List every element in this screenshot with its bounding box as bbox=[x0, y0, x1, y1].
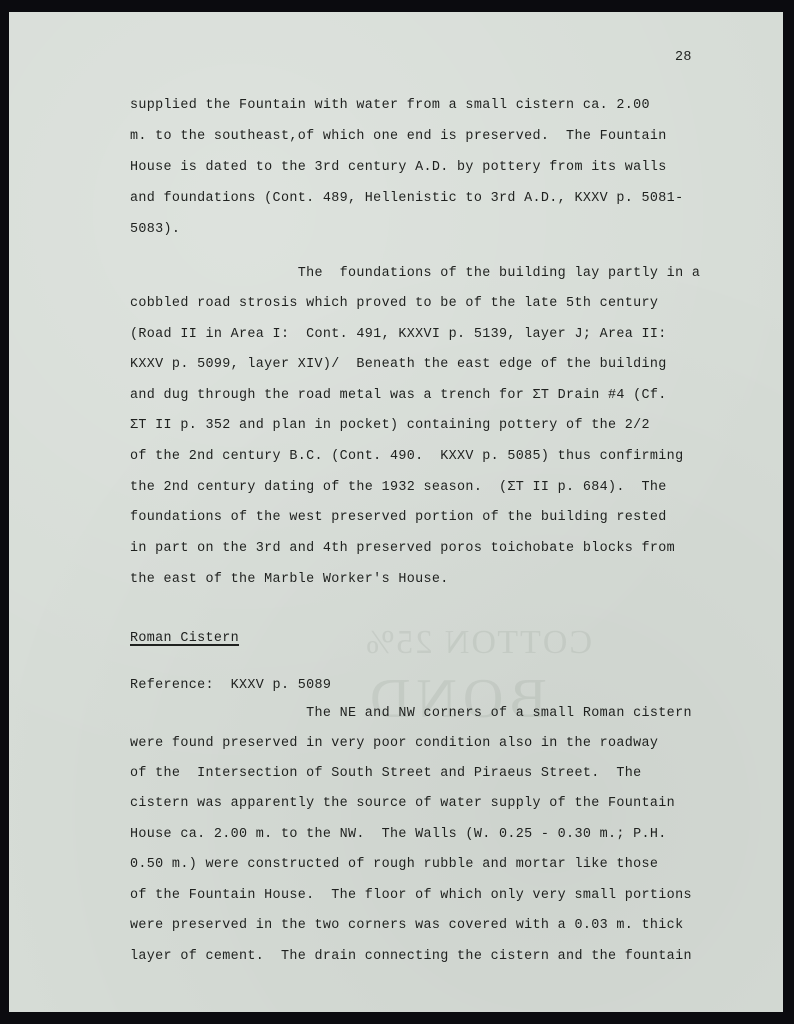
text-line: m. to the southeast,of which one end is … bbox=[130, 129, 667, 145]
text-line: House is dated to the 3rd century A.D. b… bbox=[130, 160, 667, 176]
text-line: of the Fountain House. The floor of whic… bbox=[130, 888, 692, 904]
text-line: The NE and NW corners of a small Roman c… bbox=[130, 706, 692, 722]
text-line: ΣT II p. 352 and plan in pocket) contain… bbox=[130, 418, 650, 434]
text-line: House ca. 2.00 m. to the NW. The Walls (… bbox=[130, 827, 667, 843]
text-line: 0.50 m.) were constructed of rough rubbl… bbox=[130, 857, 658, 873]
watermark-cotton: COTTON 25% bbox=[364, 624, 592, 662]
reference-line: Reference: KXXV p. 5089 bbox=[130, 678, 331, 694]
text-line: cistern was apparently the source of wat… bbox=[130, 796, 675, 812]
text-line: KXXV p. 5099, layer XIV)/ Beneath the ea… bbox=[130, 357, 667, 373]
text-line: in part on the 3rd and 4th preserved por… bbox=[130, 541, 675, 557]
text-line: the 2nd century dating of the 1932 seaso… bbox=[130, 480, 667, 496]
text-line: were found preserved in very poor condit… bbox=[130, 736, 658, 752]
text-line: of the 2nd century B.C. (Cont. 490. KXXV… bbox=[130, 449, 683, 465]
text-line: of the Intersection of South Street and … bbox=[130, 766, 642, 782]
text-line: layer of cement. The drain connecting th… bbox=[130, 949, 692, 965]
text-line: (Road II in Area I: Cont. 491, KXXVI p. … bbox=[130, 327, 667, 343]
text-line: the east of the Marble Worker's House. bbox=[130, 572, 449, 588]
text-line: supplied the Fountain with water from a … bbox=[130, 98, 650, 114]
text-line: 5083). bbox=[130, 222, 180, 238]
text-line: cobbled road strosis which proved to be … bbox=[130, 296, 658, 312]
page-number: 28 bbox=[675, 50, 692, 66]
section-heading: Roman Cistern bbox=[130, 631, 239, 647]
text-line: The foundations of the building lay part… bbox=[130, 266, 700, 282]
text-line: and dug through the road metal was a tre… bbox=[130, 388, 667, 404]
text-line: were preserved in the two corners was co… bbox=[130, 918, 683, 934]
text-line: and foundations (Cont. 489, Hellenistic … bbox=[130, 191, 683, 207]
typewritten-page: COTTON 25% BOND 28 supplied the Fountain… bbox=[9, 12, 783, 1012]
text-line: foundations of the west preserved portio… bbox=[130, 510, 667, 526]
